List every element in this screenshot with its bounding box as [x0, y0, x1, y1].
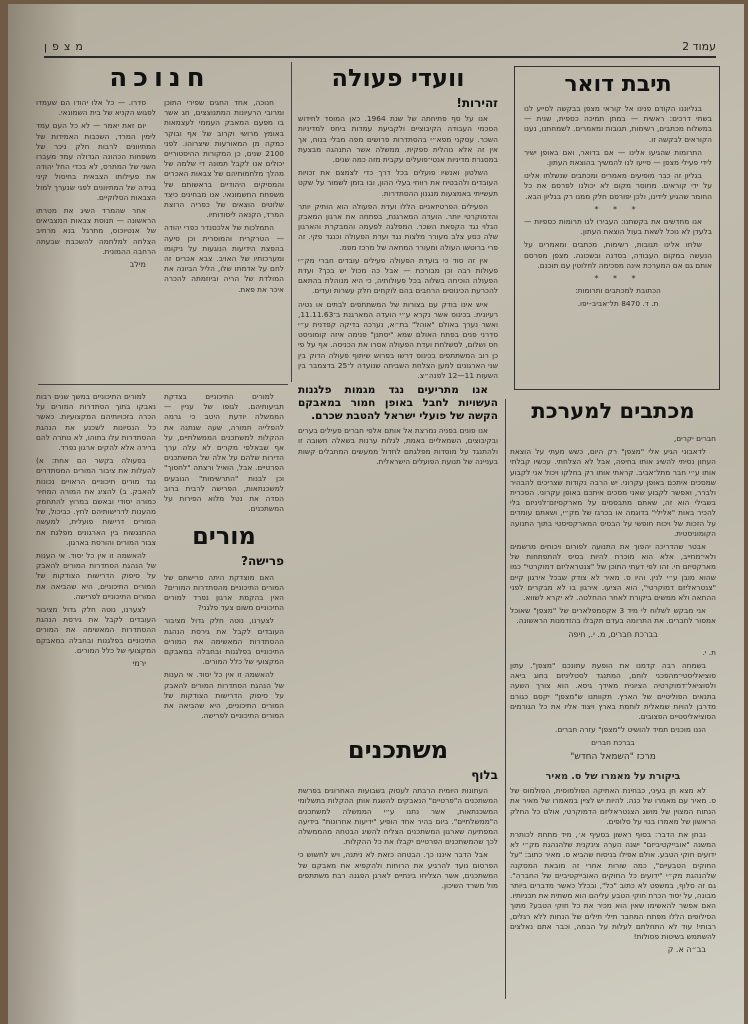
- letters-title: מכתבים למערכת: [510, 396, 716, 426]
- committees-title: וועדי פעולה: [298, 62, 498, 94]
- paragraph: להאשמה זו אין כל יסוד. אי הענות של הנהגת…: [36, 551, 156, 602]
- tenants-article: משתכנים בלוף העתונות היומית הרבתה לעסוק …: [298, 734, 498, 1014]
- stars-separator: * * *: [524, 205, 712, 215]
- paragraph: נבחן את הדבר: בסוף ראשון בסעיף א׳, מיד מ…: [510, 830, 716, 942]
- page-number: עמוד 2: [682, 40, 716, 53]
- letter-sender: מרכז "השמאל החדש": [510, 752, 716, 762]
- paragraph: איש אינו בודק עם בצורות של המשתתפים לבתי…: [298, 300, 498, 382]
- letter-signature: בברכת חברים, מ. י., חיפה: [510, 630, 716, 640]
- salutation: חברים יקרים,: [510, 434, 716, 444]
- address: ת. ד. 8470 תל־אביב–יפו.: [524, 299, 712, 309]
- paragraph: הפעילים הפרטיזאניים הללו ועדת הפעולה הוא…: [298, 202, 498, 253]
- paragraph: בשמחה רבה קדמנו את הופעת עתונכם "מצפן". …: [510, 661, 716, 722]
- paragraph: לא מצא חן בעיני, כבחינת האתיקה הפולמוסית…: [510, 786, 716, 827]
- paragraph: לדאבוני הגיע אלי "מצפן" רק היום, כשש מעת…: [510, 447, 716, 539]
- mailbox-article: תיבת דואר בגליוננו הקודם פנינו אל קוראי …: [524, 70, 712, 386]
- paragraph: חנוכה, אחד החגים שפירי התוכן ומרובי הרעי…: [164, 98, 284, 220]
- section-divider: [38, 384, 288, 385]
- paragraph: התמלכות של אלכסנדר כפרי יהודה — הטרקרית …: [164, 223, 284, 294]
- paragraph: בגליון זה כבר מופיעים מאמרים ומכתבים שנש…: [524, 171, 712, 202]
- recipient: ת. י.: [510, 648, 716, 658]
- teachers-title: מורים: [164, 520, 284, 552]
- paragraph: בגליוננו הקודם פנינו אל קוראי מצפן בבקשה…: [524, 104, 712, 145]
- paragraph: הננו מוכנים תמיד להושיט ל"מצפן" עזרה חבר…: [510, 725, 716, 735]
- committees-article: וועדי פעולה זהירות! אנו על סף פתיחתה של …: [298, 62, 498, 692]
- paragraph: יום זאת יאמר — לא כל העם עמד לימין המרד,…: [36, 121, 156, 203]
- address-label: הכתובת למכתבים ותרומות:: [524, 286, 712, 296]
- hanukkah-signature: מילב: [36, 260, 156, 270]
- paragraph: אין זה סוד כי בועדת הפעולה פעילים עובדים…: [298, 256, 498, 297]
- tenants-subtitle: בלוף: [298, 770, 498, 780]
- paragraph: שלחו אלינו תגובות, רשימות, מכתבים ומאמרי…: [524, 240, 712, 271]
- newspaper-name: מצפן: [44, 40, 88, 53]
- committees-subtitle: זהירות!: [298, 98, 498, 108]
- column-divider: [291, 62, 292, 382]
- tenants-title: משתכנים: [298, 734, 498, 766]
- paragraph: להאשמה זו אין כל יסוד. אי הענות של הנהגת…: [164, 670, 284, 721]
- paragraph: אחר שהמרד השיג את מטרתו הראשונה — תנוסת …: [36, 206, 156, 257]
- masthead: עמוד 2 מצפן: [44, 42, 716, 58]
- paragraph: אנו פונים בפניה נמרצת אל אותם אלפי חברים…: [298, 426, 498, 467]
- paragraph: אבל הדבר איננו כך. הבטחה כזאת לא ניתנה, …: [298, 850, 498, 891]
- newspaper-page: עמוד 2 מצפן תיבת דואר בגליוננו הקודם פני…: [8, 4, 744, 1024]
- mailbox-title: תיבת דואר: [524, 70, 712, 100]
- paragraph: האם מוצדקת היתה פרישתם של המורים התיכוני…: [164, 573, 284, 614]
- paragraph: למורים התיכוניים בצדקת תביעותיהם. לגופו …: [164, 392, 284, 514]
- letters-article: מכתבים למערכת חברים יקרים, לדאבוני הגיע …: [510, 396, 716, 1006]
- stars-separator: * * *: [524, 274, 712, 284]
- paragraph: לצערנו, נוטה חלק גדול מציבור העובדים לקב…: [36, 605, 156, 656]
- paragraph: אנו מחדשים את בקשתנו: העבירו לנו תרומות …: [524, 217, 712, 237]
- paragraph: התרומות שהגיעו אלינו — אם בדואר, ואם באו…: [524, 148, 712, 168]
- critique-title: ביקורת על מאמרו של ס. מאיר: [510, 772, 716, 782]
- teachers-article: למורים התיכוניים בצדקת תביעותיהם. לגופו …: [36, 392, 284, 1012]
- critique-signature: בב״ה א. ק: [510, 945, 716, 955]
- paragraph: העתונות היומית הרבתה לעסוק בשבועות האחרו…: [298, 786, 498, 847]
- paragraph: השלטון ואנשיו פועלים בכל דרך כדי לצמצם א…: [298, 168, 498, 199]
- bold-lead: אנו מתריעים נגד מגמות פלגנות העשויות לחב…: [298, 384, 498, 423]
- hanukkah-article: חנוכה חנוכה, אחד החגים שפירי התוכן ומרוב…: [36, 62, 284, 382]
- teachers-signature: ירמי: [36, 659, 156, 669]
- paragraph: בפעולה בקשר הם אחת: א) להעלות את ציבור ה…: [36, 456, 156, 548]
- paragraph: אני מבקש לשלוח לי מיד 3 אקסמפלארים של "מ…: [510, 606, 716, 626]
- letter-greeting: בברכת חברים: [510, 738, 716, 748]
- hanukkah-title: חנוכה: [36, 62, 284, 94]
- column-divider: [505, 399, 506, 999]
- paragraph: אנו על סף פתיחתה של שנת 1964. כאן המוסד …: [298, 114, 498, 165]
- paragraph: סדרו. — כל אלו יהודו הם שעמדו לפגוש הקני…: [36, 98, 156, 118]
- paragraph: אבטר שהדריכה יהפוך את התנועה לפורום ויכו…: [510, 542, 716, 603]
- paragraph: למורים התיכוניים במשך שנים רבות נאבקו בת…: [36, 392, 156, 453]
- teachers-subtitle: פרישה?: [164, 556, 284, 566]
- paragraph: לצערנו, נוטה חלק גדול מציבור העובדים לקב…: [164, 616, 284, 667]
